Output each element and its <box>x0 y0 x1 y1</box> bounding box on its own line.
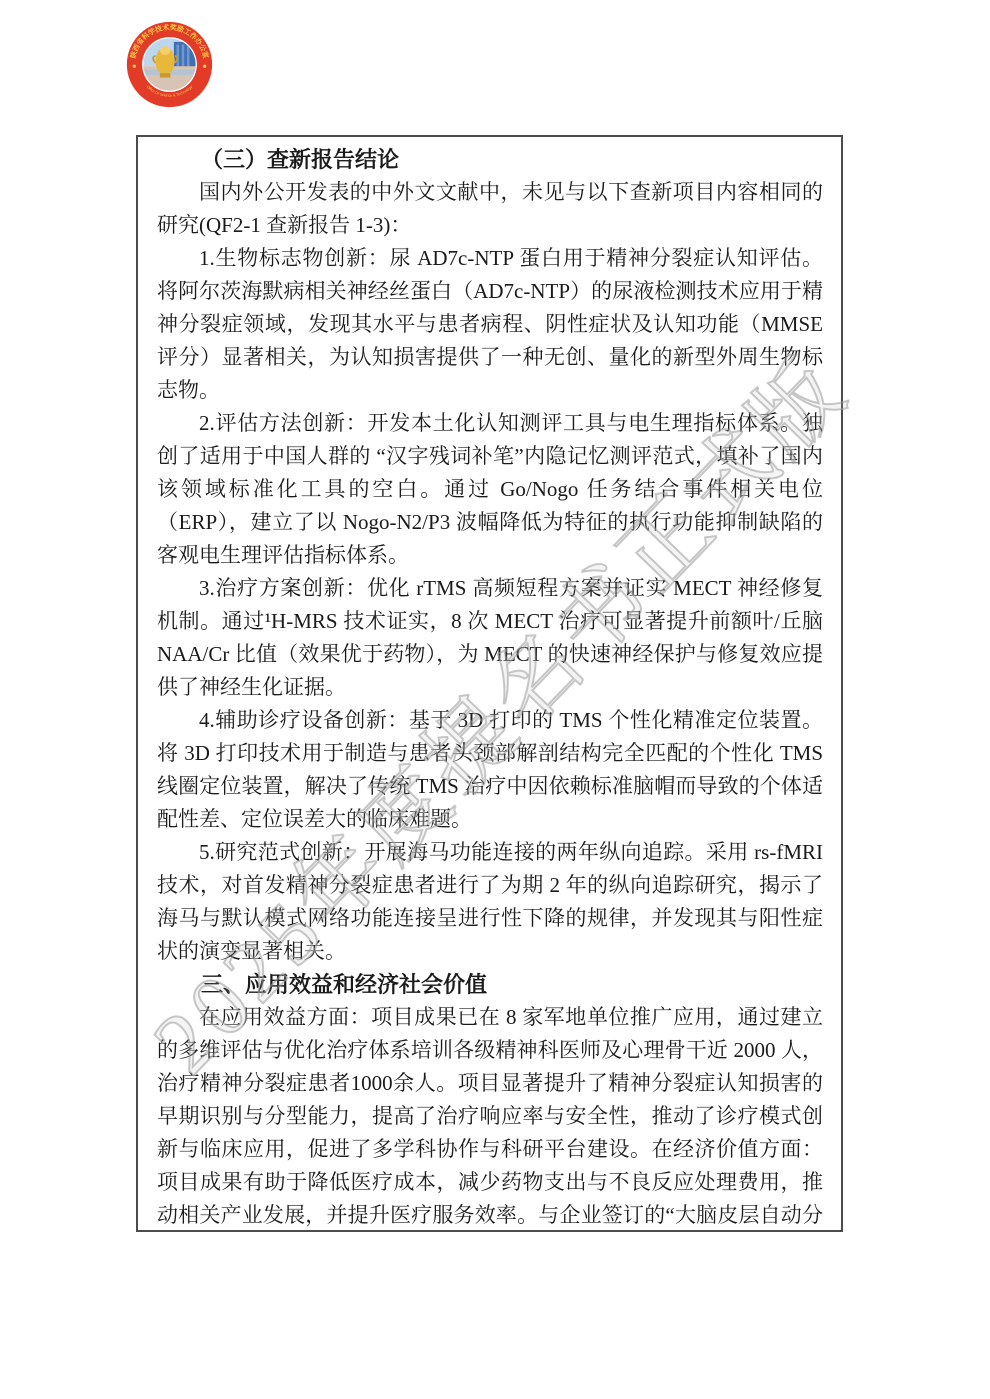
report-table-cell: （三）查新报告结论 国内外公开发表的中外文文献中，未见与以下查新项目内容相同的研… <box>136 135 843 1232</box>
finding-paragraph-assessment: 2.评估方法创新：开发本土化认知测评工具与电生理指标体系。独创了适用于中国人群的… <box>157 407 823 572</box>
benefits-paragraph: 在应用效益方面：项目成果已在 8 家军地单位推广应用，通过建立的多维评估与优化治… <box>157 1001 823 1232</box>
finding-paragraph-biomarker: 1.生物标志物创新：尿 AD7c-NTP 蛋白用于精神分裂症认知评估。将阿尔茨海… <box>157 242 823 407</box>
org-seal-logo: 陕西省科学技术奖励工作办公室 Office Of Science & Techn… <box>126 21 213 108</box>
finding-paragraph-paradigm: 5.研究范式创新：开展海马功能连接的两年纵向追踪。采用 rs-fMRI 技术，对… <box>157 836 823 968</box>
document-page: 陕西省科学技术奖励工作办公室 Office Of Science & Techn… <box>0 0 990 1399</box>
seal-left-star <box>133 65 136 68</box>
section-heading-novelty-report: （三）查新报告结论 <box>157 143 823 176</box>
novelty-intro-paragraph: 国内外公开发表的中外文文献中，未见与以下查新项目内容相同的研究(QF2-1 查新… <box>157 176 823 242</box>
finding-paragraph-treatment: 3.治疗方案创新：优化 rTMS 高频短程方案并证实 MECT 神经修复机制。通… <box>157 572 823 704</box>
seal-right-star <box>203 65 206 68</box>
finding-paragraph-device: 4.辅助诊疗设备创新：基于 3D 打印的 TMS 个性化精准定位装置。将 3D … <box>157 704 823 836</box>
section-heading-benefits: 三、应用效益和经济社会价值 <box>157 968 823 1001</box>
